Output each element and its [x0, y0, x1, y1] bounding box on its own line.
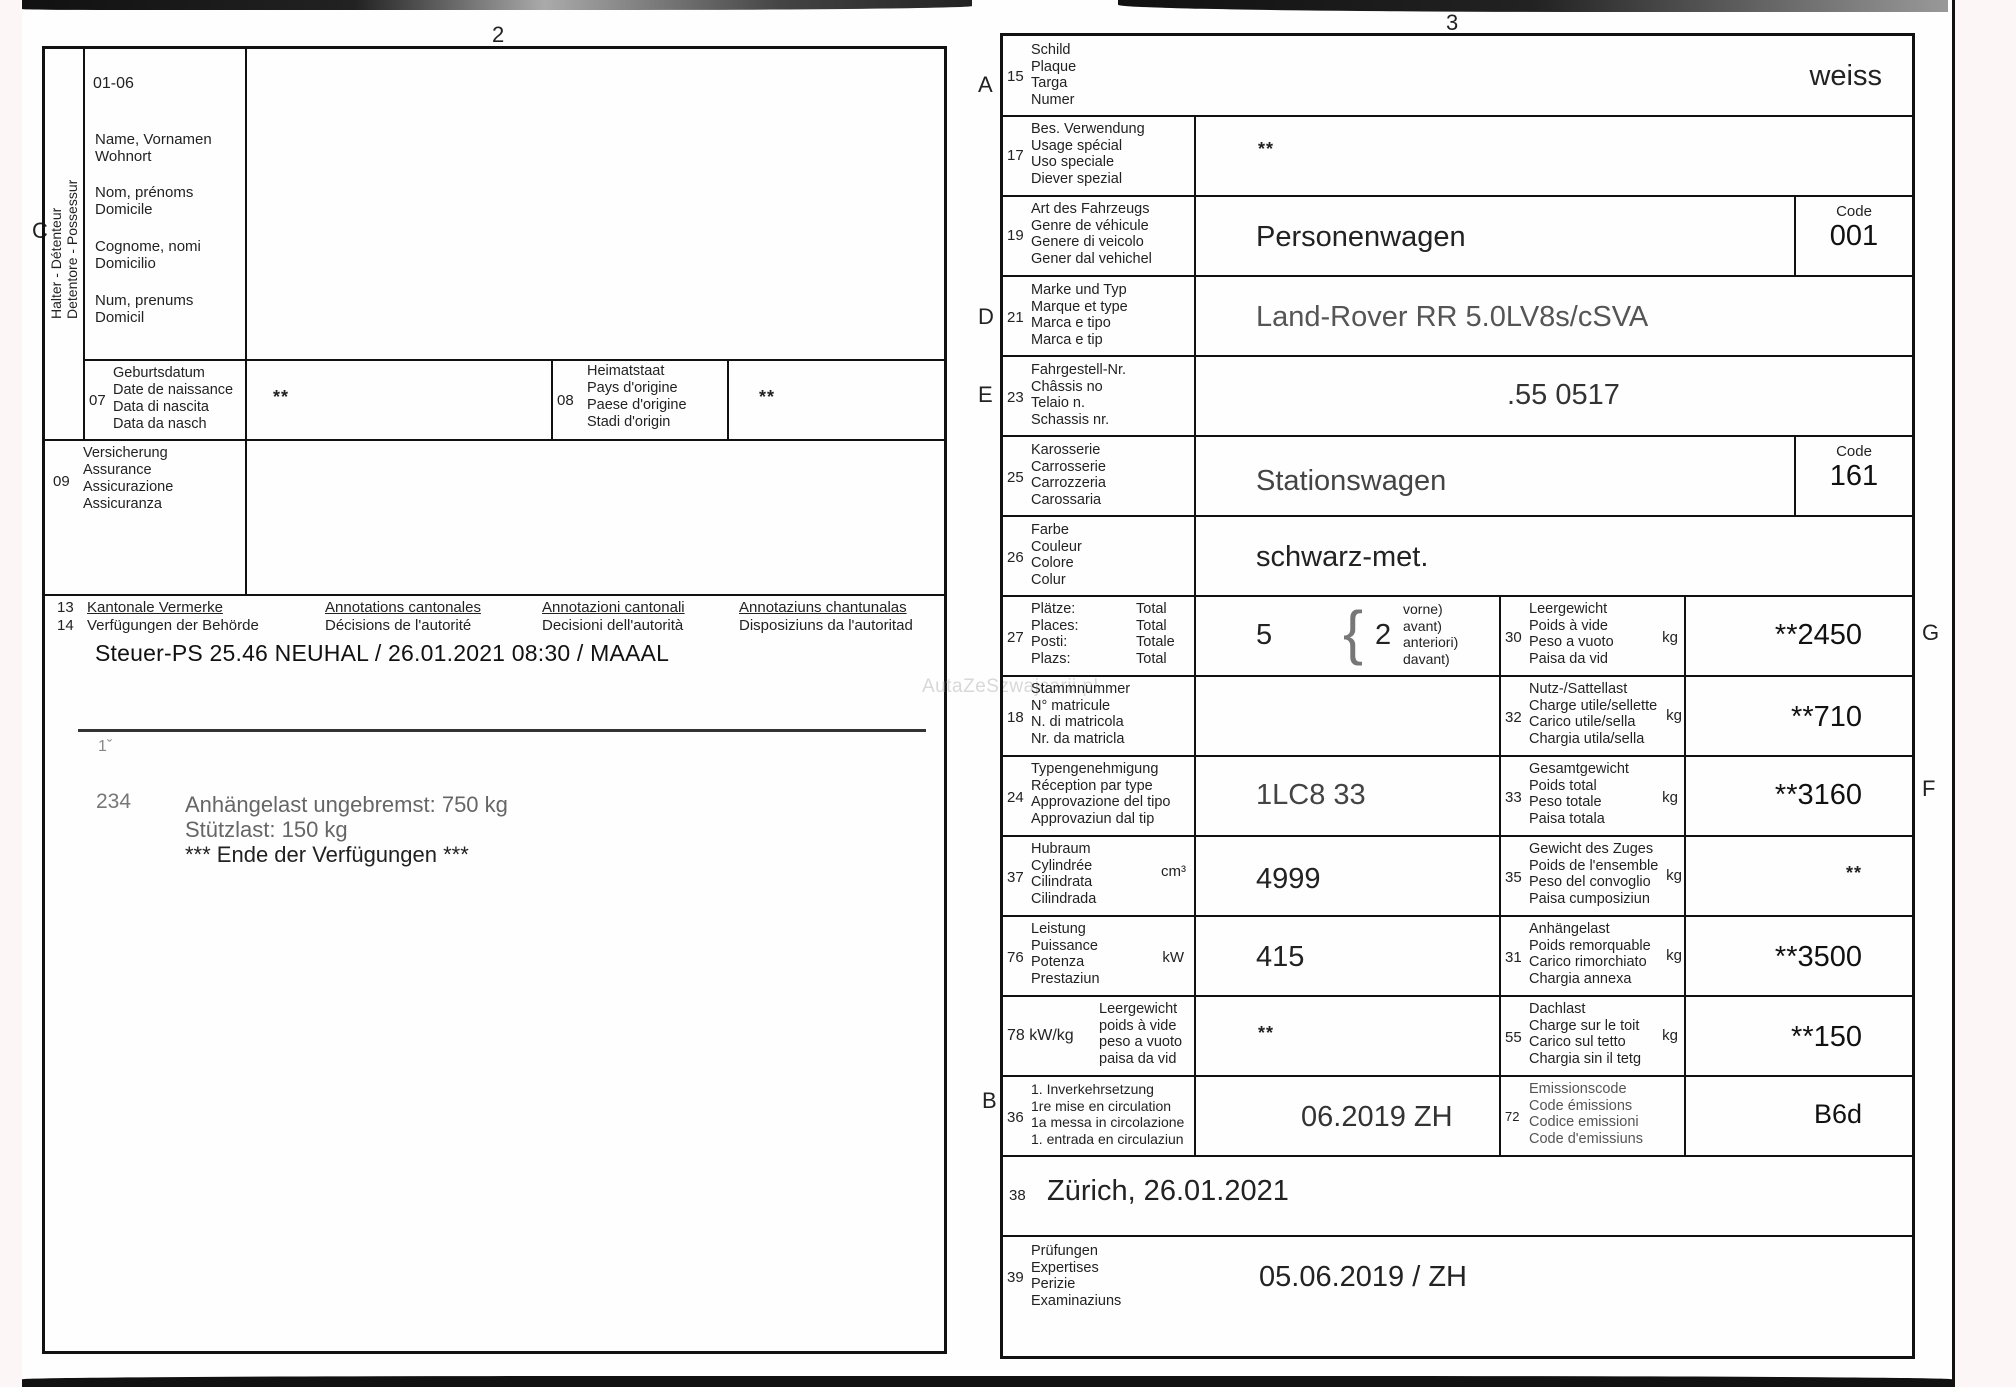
field-37-labels: Hubraum Cylindrée Cilindrata Cilindrada: [1031, 841, 1096, 907]
roof-load-value: **150: [1791, 1021, 1862, 1054]
field-18-matriculation: 18 Stammnummer N° matricule N. di matric…: [1003, 677, 1501, 755]
field-number: 24: [1007, 789, 1024, 806]
field-78-labels: Leergewicht poids à vide peso a vuoto pa…: [1099, 1001, 1182, 1067]
label-line: Charge utile/sellette: [1529, 698, 1657, 715]
birthdate-value: **: [273, 387, 289, 408]
label-line: Marque et type: [1031, 299, 1128, 316]
front-seat-labels: vorne) avant) anteriori) davant): [1403, 601, 1458, 667]
label-line: Poids remorquable: [1529, 938, 1651, 955]
label-line: Domicil: [95, 309, 193, 326]
field-55-roof-load: 55 Dachlast Charge sur le toit Carico su…: [1501, 997, 1912, 1075]
field-33-label: 33 Gesamtgewicht Poids total Peso totale…: [1501, 757, 1686, 835]
field-30-labels: Leergewicht Poids à vide Peso a vuoto Pa…: [1529, 601, 1614, 667]
field-19-label: 19 Art des Fahrzeugs Genre de véhicule G…: [1003, 197, 1196, 275]
label-line: avant): [1403, 618, 1458, 635]
header-line: Décisions de l'autorité: [325, 617, 481, 635]
label-line: vorne): [1403, 601, 1458, 618]
label-line: Bes. Verwendung: [1031, 121, 1145, 138]
field-36-label: 36 1. Inverkehrsetzung 1re mise en circu…: [1003, 1077, 1196, 1155]
label-line: Poids à vide: [1529, 618, 1614, 635]
field-26-label: 26 Farbe Couleur Colore Colur: [1003, 517, 1196, 595]
unit-kg: kg: [1662, 1027, 1678, 1044]
vertical-label-line1: Halter - Détenteur: [49, 208, 64, 319]
label-line: Domicilio: [95, 255, 201, 272]
label-line: Heimatstaat: [587, 363, 687, 380]
train-weight-value: **: [1846, 863, 1862, 884]
row-seats-empty-weight: 27 Plätze: Places: Posti: Plazs: Total T…: [1003, 597, 1912, 677]
label-line: Genre de véhicule: [1031, 218, 1152, 235]
note-text: Anhängelast ungebremst: 750 kg Stützlast…: [185, 792, 508, 867]
label-line: N. di matricola: [1031, 714, 1130, 731]
label-line: Schassis nr.: [1031, 412, 1126, 429]
label-line: Telaio n.: [1031, 395, 1126, 412]
label-line: 1a messa in circolazione: [1031, 1114, 1184, 1131]
side-letter-f: F: [1922, 776, 1935, 802]
label-line: Marca e tipo: [1031, 315, 1128, 332]
label-line: Examinaziuns: [1031, 1293, 1121, 1310]
body-type-code: 161: [1796, 460, 1912, 493]
label-line: Paese d'origine: [587, 397, 687, 414]
label-line: Peso a vuoto: [1529, 634, 1614, 651]
field-30-label: 30 Leergewicht Poids à vide Peso a vuoto…: [1501, 597, 1686, 675]
label-line: Stadi d'origin: [587, 414, 687, 431]
label-line: peso a vuoto: [1099, 1034, 1182, 1051]
code-label: Code: [1796, 203, 1912, 220]
label-line: Carossaria: [1031, 492, 1106, 509]
field-number: 30: [1505, 629, 1522, 646]
body-type-code-box: Code 161: [1794, 437, 1912, 515]
row-first-registration-emissions: 36 1. Inverkehrsetzung 1re mise en circu…: [1003, 1077, 1912, 1157]
label-line: Nutz-/Sattellast: [1529, 681, 1657, 698]
field-31-labels: Anhängelast Poids remorquable Carico rim…: [1529, 921, 1651, 987]
label-line: Hubraum: [1031, 841, 1096, 858]
annotations-section: 13 14 Kantonale Vermerke Verfügungen der…: [45, 594, 944, 1357]
label-line: Posti:: [1031, 634, 1079, 651]
field-number: 13: [57, 599, 74, 617]
field-08-labels: Heimatstaat Pays d'origine Paese d'origi…: [587, 363, 687, 431]
label-line: Assicurazione: [83, 479, 173, 496]
label-line: Leergewicht: [1529, 601, 1614, 618]
field-35-label: 35 Gewicht des Zuges Poids de l'ensemble…: [1501, 837, 1686, 915]
label-line: Gewicht des Zuges: [1529, 841, 1658, 858]
label-line: Stammnummer: [1031, 681, 1130, 698]
field-23-label: 23 Fahrgestell-Nr. Châssis no Telaio n. …: [1003, 357, 1196, 435]
annotations-header-rm: Annotaziuns chantunalas Disposiziuns da …: [739, 599, 913, 635]
field-33-labels: Gesamtgewicht Poids total Peso totale Pa…: [1529, 761, 1629, 827]
unit-kg: kg: [1662, 629, 1678, 646]
field-09-labels: Versicherung Assurance Assicurazione Ass…: [83, 445, 173, 513]
power-value: 415: [1256, 941, 1304, 974]
field-number: 76: [1007, 949, 1024, 966]
holder-section: Halter - Détenteur Detentore - Possessur…: [45, 49, 944, 439]
label-line: Plaque: [1031, 59, 1076, 76]
field-27-labels: Plätze: Places: Posti: Plazs:: [1031, 601, 1079, 667]
label-line: Approvazione del tipo: [1031, 794, 1170, 811]
total-weight-value: **3160: [1775, 779, 1862, 812]
label-line: Paisa cumposiziun: [1529, 891, 1658, 908]
label-line: Carico utile/sella: [1529, 714, 1657, 731]
field-number: 38: [1009, 1187, 1026, 1204]
row-displacement-train-weight: 37 Hubraum Cylindrée Cilindrata Cilindra…: [1003, 837, 1912, 917]
label-line: Gener dal vehichel: [1031, 251, 1152, 268]
field-32-label: 32 Nutz-/Sattellast Charge utile/sellett…: [1501, 677, 1686, 755]
field-number: 17: [1007, 147, 1024, 164]
header-line: Annotations cantonales: [325, 599, 481, 617]
label-line: Paisa da vid: [1529, 651, 1614, 668]
field-76-label: 76 Leistung Puissance Potenza Prestaziun…: [1003, 917, 1196, 995]
field-39-inspections: 39 Prüfungen Expertises Perizie Examinaz…: [1003, 1237, 1912, 1356]
label-line: Réception par type: [1031, 778, 1170, 795]
header-line: Verfügungen der Behörde: [87, 617, 259, 635]
label-line: paisa da vid: [1099, 1051, 1182, 1068]
body-type-value: Stationswagen: [1256, 465, 1446, 498]
field-31-towing-load: 31 Anhängelast Poids remorquable Carico …: [1501, 917, 1912, 995]
label-line: Chargia sin il tetg: [1529, 1051, 1641, 1068]
label-line: Perizie: [1031, 1276, 1121, 1293]
field-76-power: 76 Leistung Puissance Potenza Prestaziun…: [1003, 917, 1501, 995]
separator-line: [78, 729, 926, 732]
seats-total-value: 5: [1256, 619, 1272, 652]
field-07-label: 07 Geburtsdatum Date de naissance Data d…: [85, 361, 247, 439]
side-letter-d: D: [978, 304, 994, 330]
label-line: Versicherung: [83, 445, 173, 462]
label-line: Poids de l'ensemble: [1529, 858, 1658, 875]
holder-label-fr: Nom, prénoms Domicile: [95, 184, 193, 218]
field-21-labels: Marke und Typ Marque et type Marca e tip…: [1031, 282, 1128, 348]
note-code-1: 1ˇ: [98, 738, 112, 756]
header-line: Kantonale Vermerke: [87, 599, 259, 617]
label-line: Total: [1136, 651, 1175, 668]
label-line: Total: [1136, 618, 1175, 635]
field-number: 33: [1505, 789, 1522, 806]
row-matriculation-payload: 18 Stammnummer N° matricule N. di matric…: [1003, 677, 1912, 757]
label-line: Cilindrada: [1031, 891, 1096, 908]
field-78-number-unit: 78 kW/kg: [1007, 1027, 1074, 1045]
label-line: Code d'emissiuns: [1529, 1131, 1643, 1148]
label-line: Targa: [1031, 75, 1076, 92]
make-model-value: Land-Rover RR 5.0LV8s/cSVA: [1256, 301, 1648, 334]
unit-kw: kW: [1162, 949, 1184, 966]
label-line: 1. entrada en circulaziun: [1031, 1131, 1184, 1148]
field-number: 26: [1007, 549, 1024, 566]
unit-kg: kg: [1662, 789, 1678, 806]
label-line: Prüfungen: [1031, 1243, 1121, 1260]
first-registration-value: 06.2019 ZH: [1301, 1101, 1453, 1134]
type-approval-value: 1LC8 33: [1256, 779, 1366, 812]
label-line: Domicile: [95, 201, 193, 218]
annotations-header-de: Kantonale Vermerke Verfügungen der Behör…: [87, 599, 259, 635]
plate-color-value: weiss: [1809, 60, 1882, 93]
field-21-make-model: 21 Marke und Typ Marque et type Marca e …: [1003, 277, 1912, 357]
power-to-weight-value: **: [1258, 1023, 1274, 1044]
field-number: 72: [1505, 1109, 1519, 1124]
label-line: Potenza: [1031, 954, 1100, 971]
field-19-labels: Art des Fahrzeugs Genre de véhicule Gene…: [1031, 201, 1152, 267]
field-30-empty-weight: 30 Leergewicht Poids à vide Peso a vuoto…: [1501, 597, 1912, 675]
holder-code: 01-06: [93, 75, 134, 92]
issue-place-date-value: Zürich, 26.01.2021: [1047, 1175, 1289, 1208]
field-23-labels: Fahrgestell-Nr. Châssis no Telaio n. Sch…: [1031, 362, 1126, 428]
field-number: 31: [1505, 949, 1522, 966]
field-76-labels: Leistung Puissance Potenza Prestaziun: [1031, 921, 1100, 987]
label-line: Plazs:: [1031, 651, 1079, 668]
holder-label-de: Name, Vornamen Wohnort: [95, 131, 212, 165]
seats-front-value: 2: [1375, 619, 1391, 652]
field-31-label: 31 Anhängelast Poids remorquable Carico …: [1501, 917, 1686, 995]
holder-labels: 01-06 Name, Vornamen Wohnort Nom, prénom…: [85, 49, 247, 359]
code-label: Code: [1796, 443, 1912, 460]
field-number: 35: [1505, 869, 1522, 886]
label-line: Gesamtgewicht: [1529, 761, 1629, 778]
side-letter-b: B: [982, 1088, 997, 1114]
label-line: Carico rimorchiato: [1529, 954, 1651, 971]
unit-kg: kg: [1666, 707, 1682, 724]
row-birthdate-origin: 07 Geburtsdatum Date de naissance Data d…: [85, 359, 944, 439]
vehicle-type-code-box: Code 001: [1794, 197, 1912, 275]
label-line: Expertises: [1031, 1260, 1121, 1277]
vehicle-type-value: Personenwagen: [1256, 221, 1466, 254]
field-number: 07: [89, 392, 106, 409]
field-17-labels: Bes. Verwendung Usage spécial Uso specia…: [1031, 121, 1145, 187]
page-edge-line: [1952, 0, 1955, 1387]
label-line: Uso speciale: [1031, 154, 1145, 171]
field-number: 23: [1007, 389, 1024, 406]
label-line: Data da nasch: [113, 416, 233, 433]
field-32-payload: 32 Nutz-/Sattellast Charge utile/sellett…: [1501, 677, 1912, 755]
brace-icon: {: [1343, 603, 1363, 663]
label-line: Carrosserie: [1031, 459, 1106, 476]
label-line: Date de naissance: [113, 382, 233, 399]
unit-kg: kg: [1666, 867, 1682, 884]
color-value: schwarz-met.: [1256, 541, 1428, 574]
label-line: 1re mise en circulation: [1031, 1098, 1184, 1115]
field-24-labels: Typengenehmigung Réception par type Appr…: [1031, 761, 1170, 827]
label-line: Carico sul tetto: [1529, 1034, 1641, 1051]
label-line: Leistung: [1031, 921, 1100, 938]
field-17-label: 17 Bes. Verwendung Usage spécial Uso spe…: [1003, 117, 1196, 195]
label-line: Couleur: [1031, 539, 1082, 556]
field-number: 08: [557, 392, 574, 409]
row-insurance: 09 Versicherung Assurance Assicurazione …: [45, 439, 944, 594]
label-line: Anhängelast: [1529, 921, 1651, 938]
field-27-label: 27 Plätze: Places: Posti: Plazs: Total T…: [1003, 597, 1196, 675]
label-line: Pays d'origine: [587, 380, 687, 397]
label-line: Total: [1136, 601, 1175, 618]
inspection-value: 05.06.2019 / ZH: [1259, 1261, 1467, 1294]
emission-code-value: B6d: [1814, 1099, 1862, 1130]
field-39-labels: Prüfungen Expertises Perizie Examinaziun…: [1031, 1243, 1121, 1309]
holder-value-redacted: [247, 49, 944, 359]
field-number: 78: [1007, 1027, 1025, 1044]
label-line: Approvaziun dal tip: [1031, 811, 1170, 828]
label-line: Cognome, nomi: [95, 238, 201, 255]
field-07-value: **: [247, 361, 553, 439]
unit-kg: kg: [1666, 947, 1682, 964]
field-number: 39: [1007, 1269, 1024, 1286]
label-line: Farbe: [1031, 522, 1082, 539]
label-line: Marca e tip: [1031, 332, 1128, 349]
annotations-header-it: Annotazioni cantonali Decisioni dell'aut…: [542, 599, 685, 635]
label-line: Emissionscode: [1529, 1081, 1643, 1098]
field-number: 32: [1505, 709, 1522, 726]
field-21-label: 21 Marke und Typ Marque et type Marca e …: [1003, 277, 1196, 355]
field-18-labels: Stammnummer N° matricule N. di matricola…: [1031, 681, 1130, 747]
row-power-towing: 76 Leistung Puissance Potenza Prestaziun…: [1003, 917, 1912, 997]
label-line: Usage spécial: [1031, 138, 1145, 155]
field-number: 15: [1007, 68, 1024, 85]
holder-label-rm: Num, prenums Domicil: [95, 292, 193, 326]
label-line: 1. Inverkehrsetzung: [1031, 1081, 1184, 1098]
label-line: Poids total: [1529, 778, 1629, 795]
header-line: Disposiziuns da l'autoritad: [739, 617, 913, 635]
end-of-provisions: *** Ende der Verfügungen ***: [185, 842, 508, 867]
label-line: Karosserie: [1031, 442, 1106, 459]
left-page-form: Halter - Détenteur Detentore - Possessur…: [42, 46, 947, 1354]
vertical-label-line2: Detentore - Possessur: [65, 180, 80, 319]
label-line: poids à vide: [1099, 1018, 1182, 1035]
field-09-label: 09 Versicherung Assurance Assicurazione …: [45, 441, 247, 594]
label-line: Assicuranza: [83, 496, 173, 513]
right-page-form: 15 Schild Plaque Targa Numer weiss 17 Be…: [1000, 33, 1915, 1359]
empty-weight-value: **2450: [1775, 619, 1862, 652]
label-line: davant): [1403, 651, 1458, 668]
field-number: 25: [1007, 469, 1024, 486]
label-line: Peso totale: [1529, 794, 1629, 811]
side-letter-g: G: [1922, 620, 1939, 646]
label-line: Charge sur le toit: [1529, 1018, 1641, 1035]
note-code-234: 234: [96, 790, 131, 814]
field-78-label: 78 kW/kg Leergewicht poids à vide peso a…: [1003, 997, 1196, 1075]
label-line: Art des Fahrzeugs: [1031, 201, 1152, 218]
label-line: Carrozzeria: [1031, 475, 1106, 492]
field-37-label: 37 Hubraum Cylindrée Cilindrata Cilindra…: [1003, 837, 1196, 915]
label-line: anteriori): [1403, 634, 1458, 651]
label-line: Cylindrée: [1031, 858, 1096, 875]
label-line: Peso del convoglio: [1529, 874, 1658, 891]
field-36-labels: 1. Inverkehrsetzung 1re mise en circulat…: [1031, 1081, 1184, 1147]
label-line: Cilindrata: [1031, 874, 1096, 891]
label-line: Chargia utila/sella: [1529, 731, 1657, 748]
field-55-label: 55 Dachlast Charge sur le toit Carico su…: [1501, 997, 1686, 1075]
label-line: Colur: [1031, 572, 1082, 589]
field-15-labels: Schild Plaque Targa Numer: [1031, 42, 1076, 108]
label-line: Plätze:: [1031, 601, 1079, 618]
field-number: 18: [1007, 709, 1024, 726]
field-24-type-approval: 24 Typengenehmigung Réception par type A…: [1003, 757, 1501, 835]
label-line: Prestaziun: [1031, 971, 1100, 988]
field-26-labels: Farbe Couleur Colore Colur: [1031, 522, 1082, 588]
field-15-plate: 15 Schild Plaque Targa Numer weiss: [1003, 36, 1912, 117]
label-line: Genere di veicolo: [1031, 234, 1152, 251]
unit-kw-per-kg: kW/kg: [1029, 1027, 1073, 1044]
label-line: Fahrgestell-Nr.: [1031, 362, 1126, 379]
row-power-weight-roof-load: 78 kW/kg Leergewicht poids à vide peso a…: [1003, 997, 1912, 1077]
field-27-seats: 27 Plätze: Places: Posti: Plazs: Total T…: [1003, 597, 1501, 675]
field-number: 19: [1007, 227, 1024, 244]
label-line: Wohnort: [95, 148, 212, 165]
field-number: 36: [1007, 1109, 1024, 1126]
field-08-label: 08 Heimatstaat Pays d'origine Paese d'or…: [553, 361, 729, 439]
field-33-total-weight: 33 Gesamtgewicht Poids total Peso totale…: [1501, 757, 1912, 835]
unit-cm3: cm³: [1161, 863, 1186, 880]
label-line: Châssis no: [1031, 379, 1126, 396]
chassis-number-partial: .55 0517: [1507, 379, 1620, 412]
row-type-approval-total-weight: 24 Typengenehmigung Réception par type A…: [1003, 757, 1912, 837]
label-line: Data di nascita: [113, 399, 233, 416]
side-letter-e: E: [978, 382, 993, 408]
special-use-value: **: [1258, 139, 1274, 160]
origin-value: **: [759, 387, 775, 408]
field-number: 21: [1007, 309, 1024, 326]
field-number: 09: [53, 473, 70, 490]
field-38-issue-place-date: 38 Zürich, 26.01.2021: [1003, 1157, 1912, 1237]
page-number: 2: [492, 22, 504, 48]
label-line: Colore: [1031, 555, 1082, 572]
header-line: Decisioni dell'autorità: [542, 617, 685, 635]
trailer-load-unbraked: Anhängelast ungebremst: 750 kg: [185, 792, 508, 817]
field-37-displacement: 37 Hubraum Cylindrée Cilindrata Cilindra…: [1003, 837, 1501, 915]
scan-edge-shadow: [22, 1376, 1952, 1387]
field-35-train-weight: 35 Gewicht des Zuges Poids de l'ensemble…: [1501, 837, 1912, 915]
label-line: Marke und Typ: [1031, 282, 1128, 299]
field-07-labels: Geburtsdatum Date de naissance Data di n…: [113, 365, 233, 433]
annotations-header-fr: Annotations cantonales Décisions de l'au…: [325, 599, 481, 635]
field-72-label: 72 Emissionscode Code émissions Codice e…: [1501, 1077, 1686, 1155]
field-25-label: 25 Karosserie Carrosserie Carrozzeria Ca…: [1003, 437, 1196, 515]
label-line: Assurance: [83, 462, 173, 479]
holder-label-it: Cognome, nomi Domicilio: [95, 238, 201, 272]
label-line: Paisa totala: [1529, 811, 1629, 828]
label-line: Puissance: [1031, 938, 1100, 955]
insurance-value-redacted: [247, 441, 944, 594]
field-number: 55: [1505, 1029, 1522, 1046]
label-line: Geburtsdatum: [113, 365, 233, 382]
field-26-color: 26 Farbe Couleur Colore Colur schwarz-me…: [1003, 517, 1912, 597]
scan-edge-shadow: [22, 0, 972, 10]
label-line: Dachlast: [1529, 1001, 1641, 1018]
label-line: Codice emissioni: [1529, 1114, 1643, 1131]
support-load: Stützlast: 150 kg: [185, 817, 508, 842]
label-line: Num, prenums: [95, 292, 193, 309]
field-number: 27: [1007, 629, 1024, 646]
label-line: Nom, prénoms: [95, 184, 193, 201]
field-17-special-use: 17 Bes. Verwendung Usage spécial Uso spe…: [1003, 117, 1912, 197]
field-32-labels: Nutz-/Sattellast Charge utile/sellette C…: [1529, 681, 1657, 747]
holder-vertical-label: Halter - Détenteur Detentore - Possessur: [45, 49, 85, 439]
towing-load-value: **3500: [1775, 941, 1862, 974]
label-line: Diever spezial: [1031, 171, 1145, 188]
field-27-total-labels: Total Total Totale Total: [1136, 601, 1175, 667]
field-25-labels: Karosserie Carrosserie Carrozzeria Caros…: [1031, 442, 1106, 508]
label-line: Nr. da matricla: [1031, 731, 1130, 748]
field-19-vehicle-type: 19 Art des Fahrzeugs Genre de véhicule G…: [1003, 197, 1912, 277]
field-72-labels: Emissionscode Code émissions Codice emis…: [1529, 1081, 1643, 1147]
field-23-chassis: 23 Fahrgestell-Nr. Châssis no Telaio n. …: [1003, 357, 1912, 437]
field-08-value: **: [729, 361, 944, 439]
field-35-labels: Gewicht des Zuges Poids de l'ensemble Pe…: [1529, 841, 1658, 907]
field-72-emissions: 72 Emissionscode Code émissions Codice e…: [1501, 1077, 1912, 1155]
label-line: Code émissions: [1529, 1098, 1643, 1115]
field-78-power-to-weight: 78 kW/kg Leergewicht poids à vide peso a…: [1003, 997, 1501, 1075]
label-line: Chargia annexa: [1529, 971, 1651, 988]
field-18-label: 18 Stammnummer N° matricule N. di matric…: [1003, 677, 1196, 755]
label-line: Typengenehmigung: [1031, 761, 1170, 778]
annotations-numbers: 13 14: [57, 599, 74, 635]
label-line: Totale: [1136, 634, 1175, 651]
displacement-value: 4999: [1256, 863, 1321, 896]
field-number: 37: [1007, 869, 1024, 886]
tax-hp-entry: Steuer-PS 25.46 NEUHAL / 26.01.2021 08:3…: [95, 640, 669, 667]
